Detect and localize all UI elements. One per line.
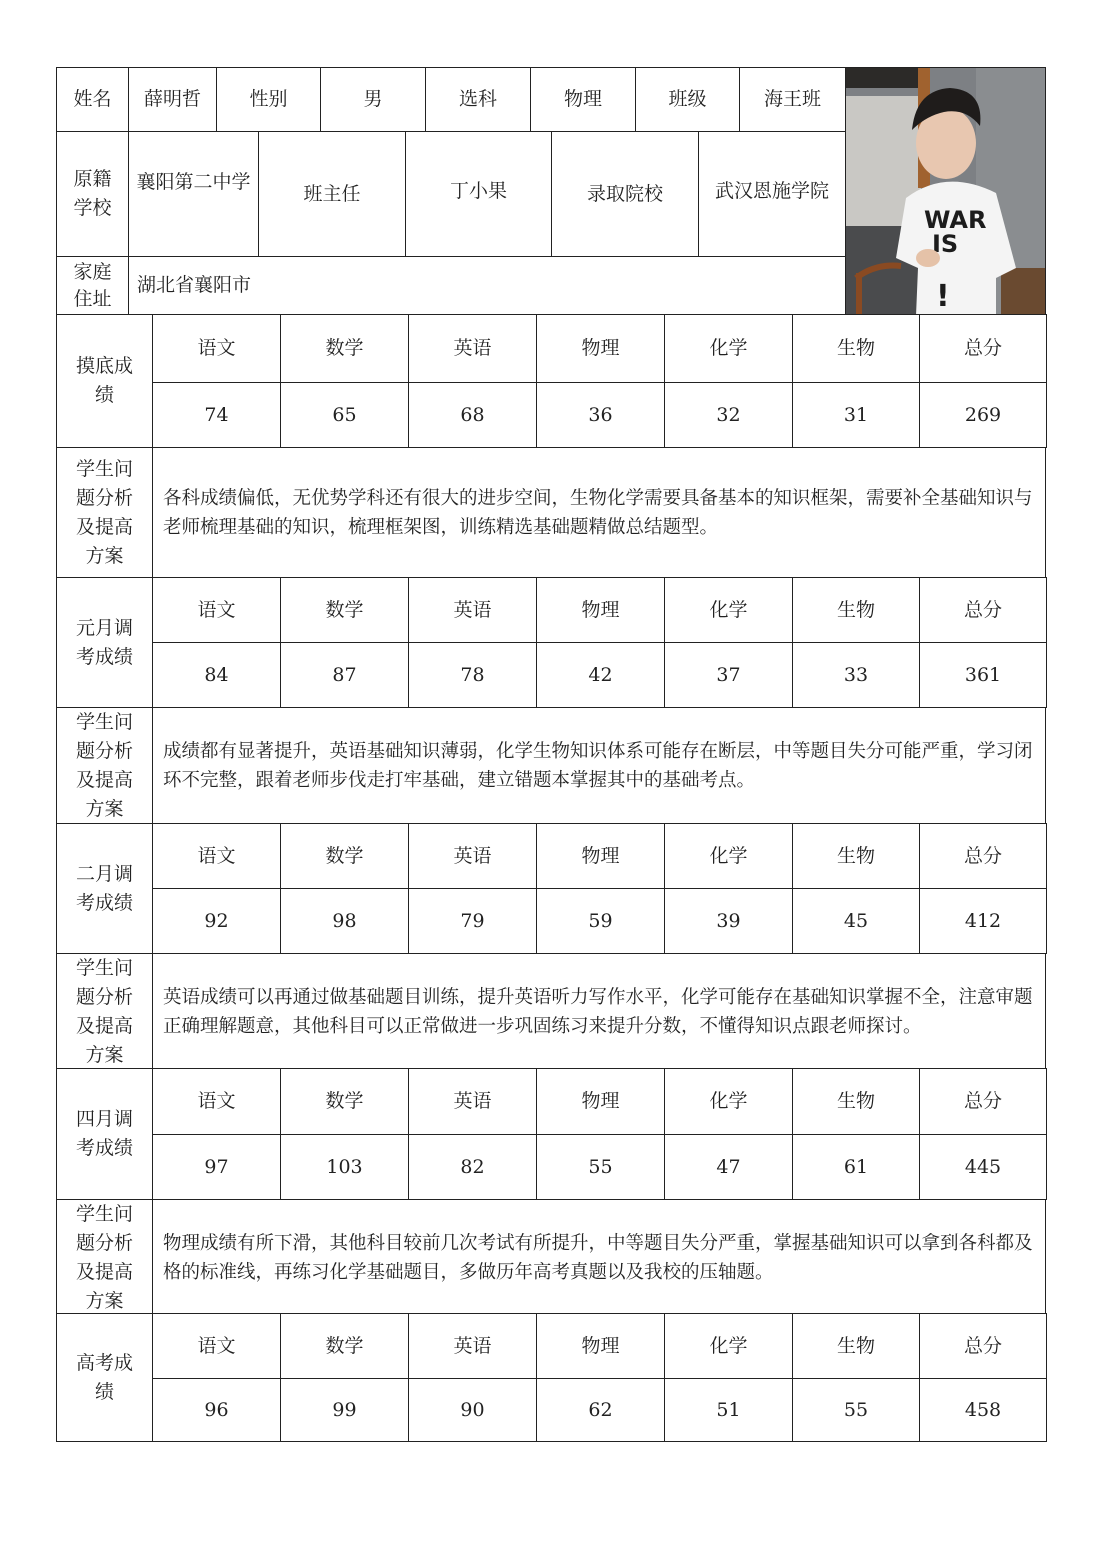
subject-header-text: 语文 bbox=[197, 1332, 235, 1361]
subject-header: 总分 bbox=[919, 314, 1047, 383]
exam-label-line: 绩 bbox=[95, 1378, 114, 1407]
school-value-text: 襄阳第二中学 bbox=[136, 168, 250, 197]
score-value: 458 bbox=[965, 1396, 1001, 1425]
analysis-text-content: 各科成绩偏低，无优势学科还有很大的进步空间，生物化学需要具备基本的知识框架，需要… bbox=[163, 484, 1035, 542]
name-value: 薛明哲 bbox=[128, 67, 217, 132]
teacher-value: 丁小果 bbox=[405, 131, 552, 257]
address-label-line: 住址 bbox=[73, 286, 111, 313]
subject-header-text: 语文 bbox=[197, 842, 235, 871]
subject-header-text: 总分 bbox=[964, 596, 1002, 625]
score-value: 62 bbox=[588, 1396, 612, 1425]
subject-header-text: 英语 bbox=[453, 1087, 491, 1116]
score-cell: 82 bbox=[408, 1134, 537, 1200]
score-cell: 79 bbox=[408, 888, 537, 954]
score-value: 68 bbox=[460, 401, 484, 430]
subject-header: 物理 bbox=[536, 823, 665, 889]
score-value: 98 bbox=[332, 907, 356, 936]
class-value: 海王班 bbox=[739, 67, 846, 132]
exam-label-line: 考成绩 bbox=[76, 1134, 133, 1163]
shirt-text: ! bbox=[936, 279, 950, 314]
score-cell: 74 bbox=[152, 382, 281, 448]
score-cell: 96 bbox=[152, 1378, 281, 1442]
school-value: 襄阳第二中学 bbox=[128, 131, 259, 257]
analysis-text: 物理成绩有所下滑，其他科目较前几次考试有所提升，中等题目失分严重，掌握基础知识可… bbox=[152, 1199, 1046, 1317]
exam-label-line: 考成绩 bbox=[76, 643, 133, 672]
analysis-label-line: 学生问 bbox=[76, 954, 133, 983]
exam-label: 高考成绩 bbox=[56, 1313, 153, 1442]
score-cell: 51 bbox=[664, 1378, 793, 1442]
score-value: 47 bbox=[716, 1153, 740, 1182]
admission-value-text: 武汉恩施学院 bbox=[715, 177, 829, 206]
score-value: 87 bbox=[332, 661, 356, 690]
exam-label-line: 考成绩 bbox=[76, 889, 133, 918]
analysis-label-line: 题分析 bbox=[76, 983, 133, 1012]
score-value: 103 bbox=[326, 1153, 362, 1182]
score-value: 33 bbox=[844, 661, 868, 690]
analysis-label-line: 及提高 bbox=[76, 1012, 133, 1041]
score-value: 99 bbox=[332, 1396, 356, 1425]
subject-header: 数学 bbox=[280, 1313, 409, 1379]
score-cell: 269 bbox=[919, 382, 1047, 448]
subject-header: 数学 bbox=[280, 577, 409, 643]
exam-label: 摸底成绩 bbox=[56, 314, 153, 448]
analysis-text: 英语成绩可以再通过做基础题目训练，提升英语听力写作水平，化学可能存在基础知识掌握… bbox=[152, 953, 1046, 1071]
analysis-text-content: 英语成绩可以再通过做基础题目训练，提升英语听力写作水平，化学可能存在基础知识掌握… bbox=[163, 983, 1035, 1041]
score-cell: 458 bbox=[919, 1378, 1047, 1442]
address-label: 家庭 住址 bbox=[56, 256, 129, 315]
teacher-label-text: 班主任 bbox=[303, 180, 360, 209]
score-cell: 90 bbox=[408, 1378, 537, 1442]
analysis-text: 各科成绩偏低，无优势学科还有很大的进步空间，生物化学需要具备基本的知识框架，需要… bbox=[152, 447, 1046, 579]
class-label-text: 班级 bbox=[668, 85, 706, 114]
admission-label: 录取院校 bbox=[551, 131, 699, 257]
school-label-line: 原籍 bbox=[73, 165, 111, 194]
subject-header: 英语 bbox=[408, 314, 537, 383]
score-cell: 78 bbox=[408, 642, 537, 708]
subject-header-text: 总分 bbox=[964, 842, 1002, 871]
subject-label-text: 选科 bbox=[459, 85, 497, 114]
address-label-line: 家庭 bbox=[73, 259, 111, 286]
subject-header: 英语 bbox=[408, 823, 537, 889]
subject-header: 物理 bbox=[536, 314, 665, 383]
subject-header-text: 英语 bbox=[453, 842, 491, 871]
gender-label: 性别 bbox=[216, 67, 321, 132]
score-cell: 92 bbox=[152, 888, 281, 954]
subject-header: 语文 bbox=[152, 823, 281, 889]
score-value: 269 bbox=[965, 401, 1001, 430]
score-cell: 361 bbox=[919, 642, 1047, 708]
teacher-label: 班主任 bbox=[258, 131, 406, 257]
student-record-sheet: 姓名 薛明哲 性别 男 选科 物理 班级 海王班 原籍 学校 襄阳第二中学 班主… bbox=[0, 0, 1102, 1559]
admission-value: 武汉恩施学院 bbox=[698, 131, 846, 257]
subject-header-text: 英语 bbox=[453, 596, 491, 625]
analysis-label-line: 及提高 bbox=[76, 513, 133, 542]
subject-header: 英语 bbox=[408, 1313, 537, 1379]
subject-header-text: 数学 bbox=[325, 596, 363, 625]
subject-header: 总分 bbox=[919, 1068, 1047, 1135]
subject-value-text: 物理 bbox=[564, 85, 602, 114]
score-value: 78 bbox=[460, 661, 484, 690]
exam-label-line: 绩 bbox=[95, 381, 114, 410]
score-value: 51 bbox=[716, 1396, 740, 1425]
subject-header-text: 数学 bbox=[325, 1087, 363, 1116]
score-cell: 68 bbox=[408, 382, 537, 448]
score-value: 45 bbox=[844, 907, 868, 936]
subject-header: 物理 bbox=[536, 577, 665, 643]
score-cell: 32 bbox=[664, 382, 793, 448]
score-cell: 84 bbox=[152, 642, 281, 708]
subject-header: 物理 bbox=[536, 1313, 665, 1379]
subject-header: 化学 bbox=[664, 1068, 793, 1135]
analysis-label-line: 题分析 bbox=[76, 1229, 133, 1258]
subject-header: 总分 bbox=[919, 823, 1047, 889]
score-cell: 37 bbox=[664, 642, 793, 708]
exam-label-line: 四月调 bbox=[76, 1105, 133, 1134]
subject-header-text: 数学 bbox=[325, 842, 363, 871]
score-cell: 42 bbox=[536, 642, 665, 708]
analysis-label: 学生问题分析及提高方案 bbox=[56, 447, 153, 579]
score-value: 79 bbox=[460, 907, 484, 936]
name-label-text: 姓名 bbox=[73, 85, 111, 114]
score-cell: 31 bbox=[792, 382, 920, 448]
score-value: 412 bbox=[965, 907, 1001, 936]
subject-header-text: 语文 bbox=[197, 334, 235, 363]
score-value: 39 bbox=[716, 907, 740, 936]
score-value: 61 bbox=[844, 1153, 868, 1182]
subject-header: 语文 bbox=[152, 1313, 281, 1379]
subject-header-text: 英语 bbox=[453, 1332, 491, 1361]
subject-header: 英语 bbox=[408, 1068, 537, 1135]
analysis-text-content: 成绩都有显著提升，英语基础知识薄弱，化学生物知识体系可能存在断层，中等题目失分可… bbox=[163, 737, 1035, 795]
subject-header-text: 物理 bbox=[581, 334, 619, 363]
subject-header: 总分 bbox=[919, 577, 1047, 643]
subject-header: 生物 bbox=[792, 823, 920, 889]
score-value: 445 bbox=[965, 1153, 1001, 1182]
gender-value-text: 男 bbox=[363, 85, 382, 114]
score-value: 59 bbox=[588, 907, 612, 936]
score-value: 55 bbox=[588, 1153, 612, 1182]
subject-header: 数学 bbox=[280, 1068, 409, 1135]
school-label: 原籍 学校 bbox=[56, 131, 129, 257]
subject-header: 化学 bbox=[664, 1313, 793, 1379]
score-value: 84 bbox=[204, 661, 228, 690]
analysis-label-line: 及提高 bbox=[76, 1258, 133, 1287]
score-cell: 47 bbox=[664, 1134, 793, 1200]
exam-label: 元月调考成绩 bbox=[56, 577, 153, 708]
score-value: 97 bbox=[204, 1153, 228, 1182]
score-cell: 97 bbox=[152, 1134, 281, 1200]
score-cell: 36 bbox=[536, 382, 665, 448]
subject-header-text: 化学 bbox=[709, 1332, 747, 1361]
score-cell: 55 bbox=[792, 1378, 920, 1442]
score-cell: 98 bbox=[280, 888, 409, 954]
subject-header: 数学 bbox=[280, 823, 409, 889]
exam-label: 二月调考成绩 bbox=[56, 823, 153, 954]
score-cell: 65 bbox=[280, 382, 409, 448]
exam-label-line: 元月调 bbox=[76, 614, 133, 643]
score-value: 37 bbox=[716, 661, 740, 690]
analysis-label-line: 方案 bbox=[85, 542, 123, 571]
school-label-line: 学校 bbox=[73, 194, 111, 223]
analysis-label-line: 题分析 bbox=[76, 737, 133, 766]
score-value: 32 bbox=[716, 401, 740, 430]
subject-header-text: 生物 bbox=[837, 1332, 875, 1361]
score-value: 55 bbox=[844, 1396, 868, 1425]
score-value: 90 bbox=[460, 1396, 484, 1425]
analysis-label: 学生问题分析及提高方案 bbox=[56, 1199, 153, 1317]
subject-value: 物理 bbox=[530, 67, 636, 132]
address-value-text: 湖北省襄阳市 bbox=[137, 271, 251, 300]
score-value: 96 bbox=[204, 1396, 228, 1425]
subject-header-text: 物理 bbox=[581, 842, 619, 871]
subject-header: 化学 bbox=[664, 314, 793, 383]
gender-value: 男 bbox=[320, 67, 426, 132]
subject-header-text: 生物 bbox=[837, 334, 875, 363]
subject-header: 生物 bbox=[792, 314, 920, 383]
subject-header-text: 数学 bbox=[325, 334, 363, 363]
subject-header-text: 总分 bbox=[964, 334, 1002, 363]
subject-header: 语文 bbox=[152, 314, 281, 383]
score-cell: 33 bbox=[792, 642, 920, 708]
score-value: 65 bbox=[332, 401, 356, 430]
score-value: 42 bbox=[588, 661, 612, 690]
subject-header-text: 语文 bbox=[197, 1087, 235, 1116]
score-value: 92 bbox=[204, 907, 228, 936]
score-cell: 55 bbox=[536, 1134, 665, 1200]
subject-header: 总分 bbox=[919, 1313, 1047, 1379]
subject-header: 语文 bbox=[152, 1068, 281, 1135]
subject-header-text: 语文 bbox=[197, 596, 235, 625]
teacher-value-text: 丁小果 bbox=[450, 177, 507, 206]
score-cell: 61 bbox=[792, 1134, 920, 1200]
gender-label-text: 性别 bbox=[249, 85, 287, 114]
name-value-text: 薛明哲 bbox=[144, 85, 201, 114]
analysis-label-line: 题分析 bbox=[76, 484, 133, 513]
subject-header: 生物 bbox=[792, 1068, 920, 1135]
subject-header: 物理 bbox=[536, 1068, 665, 1135]
score-value: 361 bbox=[965, 661, 1001, 690]
analysis-label-line: 学生问 bbox=[76, 1200, 133, 1229]
subject-header-text: 化学 bbox=[709, 842, 747, 871]
class-label: 班级 bbox=[635, 67, 740, 132]
subject-header: 化学 bbox=[664, 577, 793, 643]
analysis-label-line: 及提高 bbox=[76, 766, 133, 795]
score-cell: 59 bbox=[536, 888, 665, 954]
analysis-text-content: 物理成绩有所下滑，其他科目较前几次考试有所提升，中等题目失分严重，掌握基础知识可… bbox=[163, 1229, 1035, 1287]
score-cell: 39 bbox=[664, 888, 793, 954]
score-cell: 87 bbox=[280, 642, 409, 708]
score-cell: 445 bbox=[919, 1134, 1047, 1200]
analysis-label-line: 方案 bbox=[85, 795, 123, 824]
analysis-label-line: 学生问 bbox=[76, 455, 133, 484]
exam-label: 四月调考成绩 bbox=[56, 1068, 153, 1200]
subject-header-text: 生物 bbox=[837, 842, 875, 871]
name-label: 姓名 bbox=[56, 67, 129, 132]
admission-label-text: 录取院校 bbox=[587, 180, 663, 209]
address-value: 湖北省襄阳市 bbox=[128, 256, 846, 315]
subject-header-text: 物理 bbox=[581, 1332, 619, 1361]
analysis-text: 成绩都有显著提升，英语基础知识薄弱，化学生物知识体系可能存在断层，中等题目失分可… bbox=[152, 707, 1046, 825]
subject-header-text: 数学 bbox=[325, 1332, 363, 1361]
subject-header: 化学 bbox=[664, 823, 793, 889]
subject-header: 生物 bbox=[792, 1313, 920, 1379]
subject-header: 英语 bbox=[408, 577, 537, 643]
score-value: 82 bbox=[460, 1153, 484, 1182]
analysis-label: 学生问题分析及提高方案 bbox=[56, 707, 153, 825]
score-cell: 62 bbox=[536, 1378, 665, 1442]
score-value: 31 bbox=[844, 401, 868, 430]
subject-header-text: 化学 bbox=[709, 334, 747, 363]
analysis-label-line: 方案 bbox=[85, 1041, 123, 1070]
analysis-label: 学生问题分析及提高方案 bbox=[56, 953, 153, 1071]
subject-header-text: 物理 bbox=[581, 596, 619, 625]
analysis-label-line: 方案 bbox=[85, 1287, 123, 1316]
subject-header: 数学 bbox=[280, 314, 409, 383]
score-cell: 99 bbox=[280, 1378, 409, 1442]
exam-label-line: 二月调 bbox=[76, 860, 133, 889]
class-value-text: 海王班 bbox=[764, 85, 821, 114]
exam-label-line: 高考成 bbox=[76, 1349, 133, 1378]
analysis-label-line: 学生问 bbox=[76, 708, 133, 737]
subject-header-text: 生物 bbox=[837, 596, 875, 625]
subject-header: 语文 bbox=[152, 577, 281, 643]
subject-header: 生物 bbox=[792, 577, 920, 643]
student-photo: WAR IS ! bbox=[845, 67, 1046, 315]
subject-header-text: 生物 bbox=[837, 1087, 875, 1116]
subject-header-text: 物理 bbox=[581, 1087, 619, 1116]
subject-header-text: 化学 bbox=[709, 596, 747, 625]
exam-label-line: 摸底成 bbox=[76, 352, 133, 381]
score-cell: 45 bbox=[792, 888, 920, 954]
subject-header-text: 化学 bbox=[709, 1087, 747, 1116]
score-cell: 412 bbox=[919, 888, 1047, 954]
subject-label: 选科 bbox=[425, 67, 531, 132]
score-value: 36 bbox=[588, 401, 612, 430]
score-cell: 103 bbox=[280, 1134, 409, 1200]
subject-header-text: 总分 bbox=[964, 1087, 1002, 1116]
score-value: 74 bbox=[204, 401, 228, 430]
student-photo-image: WAR IS ! bbox=[846, 68, 1046, 315]
subject-header-text: 英语 bbox=[453, 334, 491, 363]
subject-header-text: 总分 bbox=[964, 1332, 1002, 1361]
